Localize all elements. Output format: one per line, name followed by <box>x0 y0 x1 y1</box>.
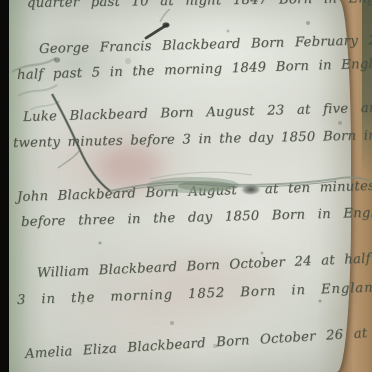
register-line-william-2: 3 in the morning 1852 Born in England <box>17 280 372 308</box>
pink-stain <box>101 146 161 188</box>
register-line-george-1: George Francis Blackbeard Born February … <box>39 32 372 57</box>
register-line-luke-1: Luke Blackbeard Born August 23 at five a… <box>23 100 372 125</box>
register-line-john-1a: John Blackbeard Born August <box>17 183 237 205</box>
register-line-george-2: half past 5 in the morning 1849 Born in … <box>17 56 372 83</box>
register-page: quarter past 10 at night 1847 Born in En… <box>9 0 351 372</box>
scanned-register-photo: { "page": { "description": "Scanned page… <box>0 0 372 372</box>
register-line-william-1: William Blackbeard Born October 24 at ha… <box>37 250 372 281</box>
register-line-john-2: before three in the day 1850 Born in Eng… <box>21 205 372 230</box>
register-line-luke-2: twenty minutes before 3 in the day 1850 … <box>13 127 372 151</box>
ink-smudge-icon <box>238 182 264 197</box>
register-line-amelia: Amelia Eliza Blackbeard Born October 26 … <box>25 324 372 362</box>
paper-speckles <box>9 0 11 2</box>
book-page-edge-shadow <box>362 0 372 175</box>
register-line-prev-entry: quarter past 10 at night 1847 Born in En… <box>27 0 372 11</box>
register-line-john-1: John Blackbeard Born Augustat ten minute… <box>17 179 372 205</box>
